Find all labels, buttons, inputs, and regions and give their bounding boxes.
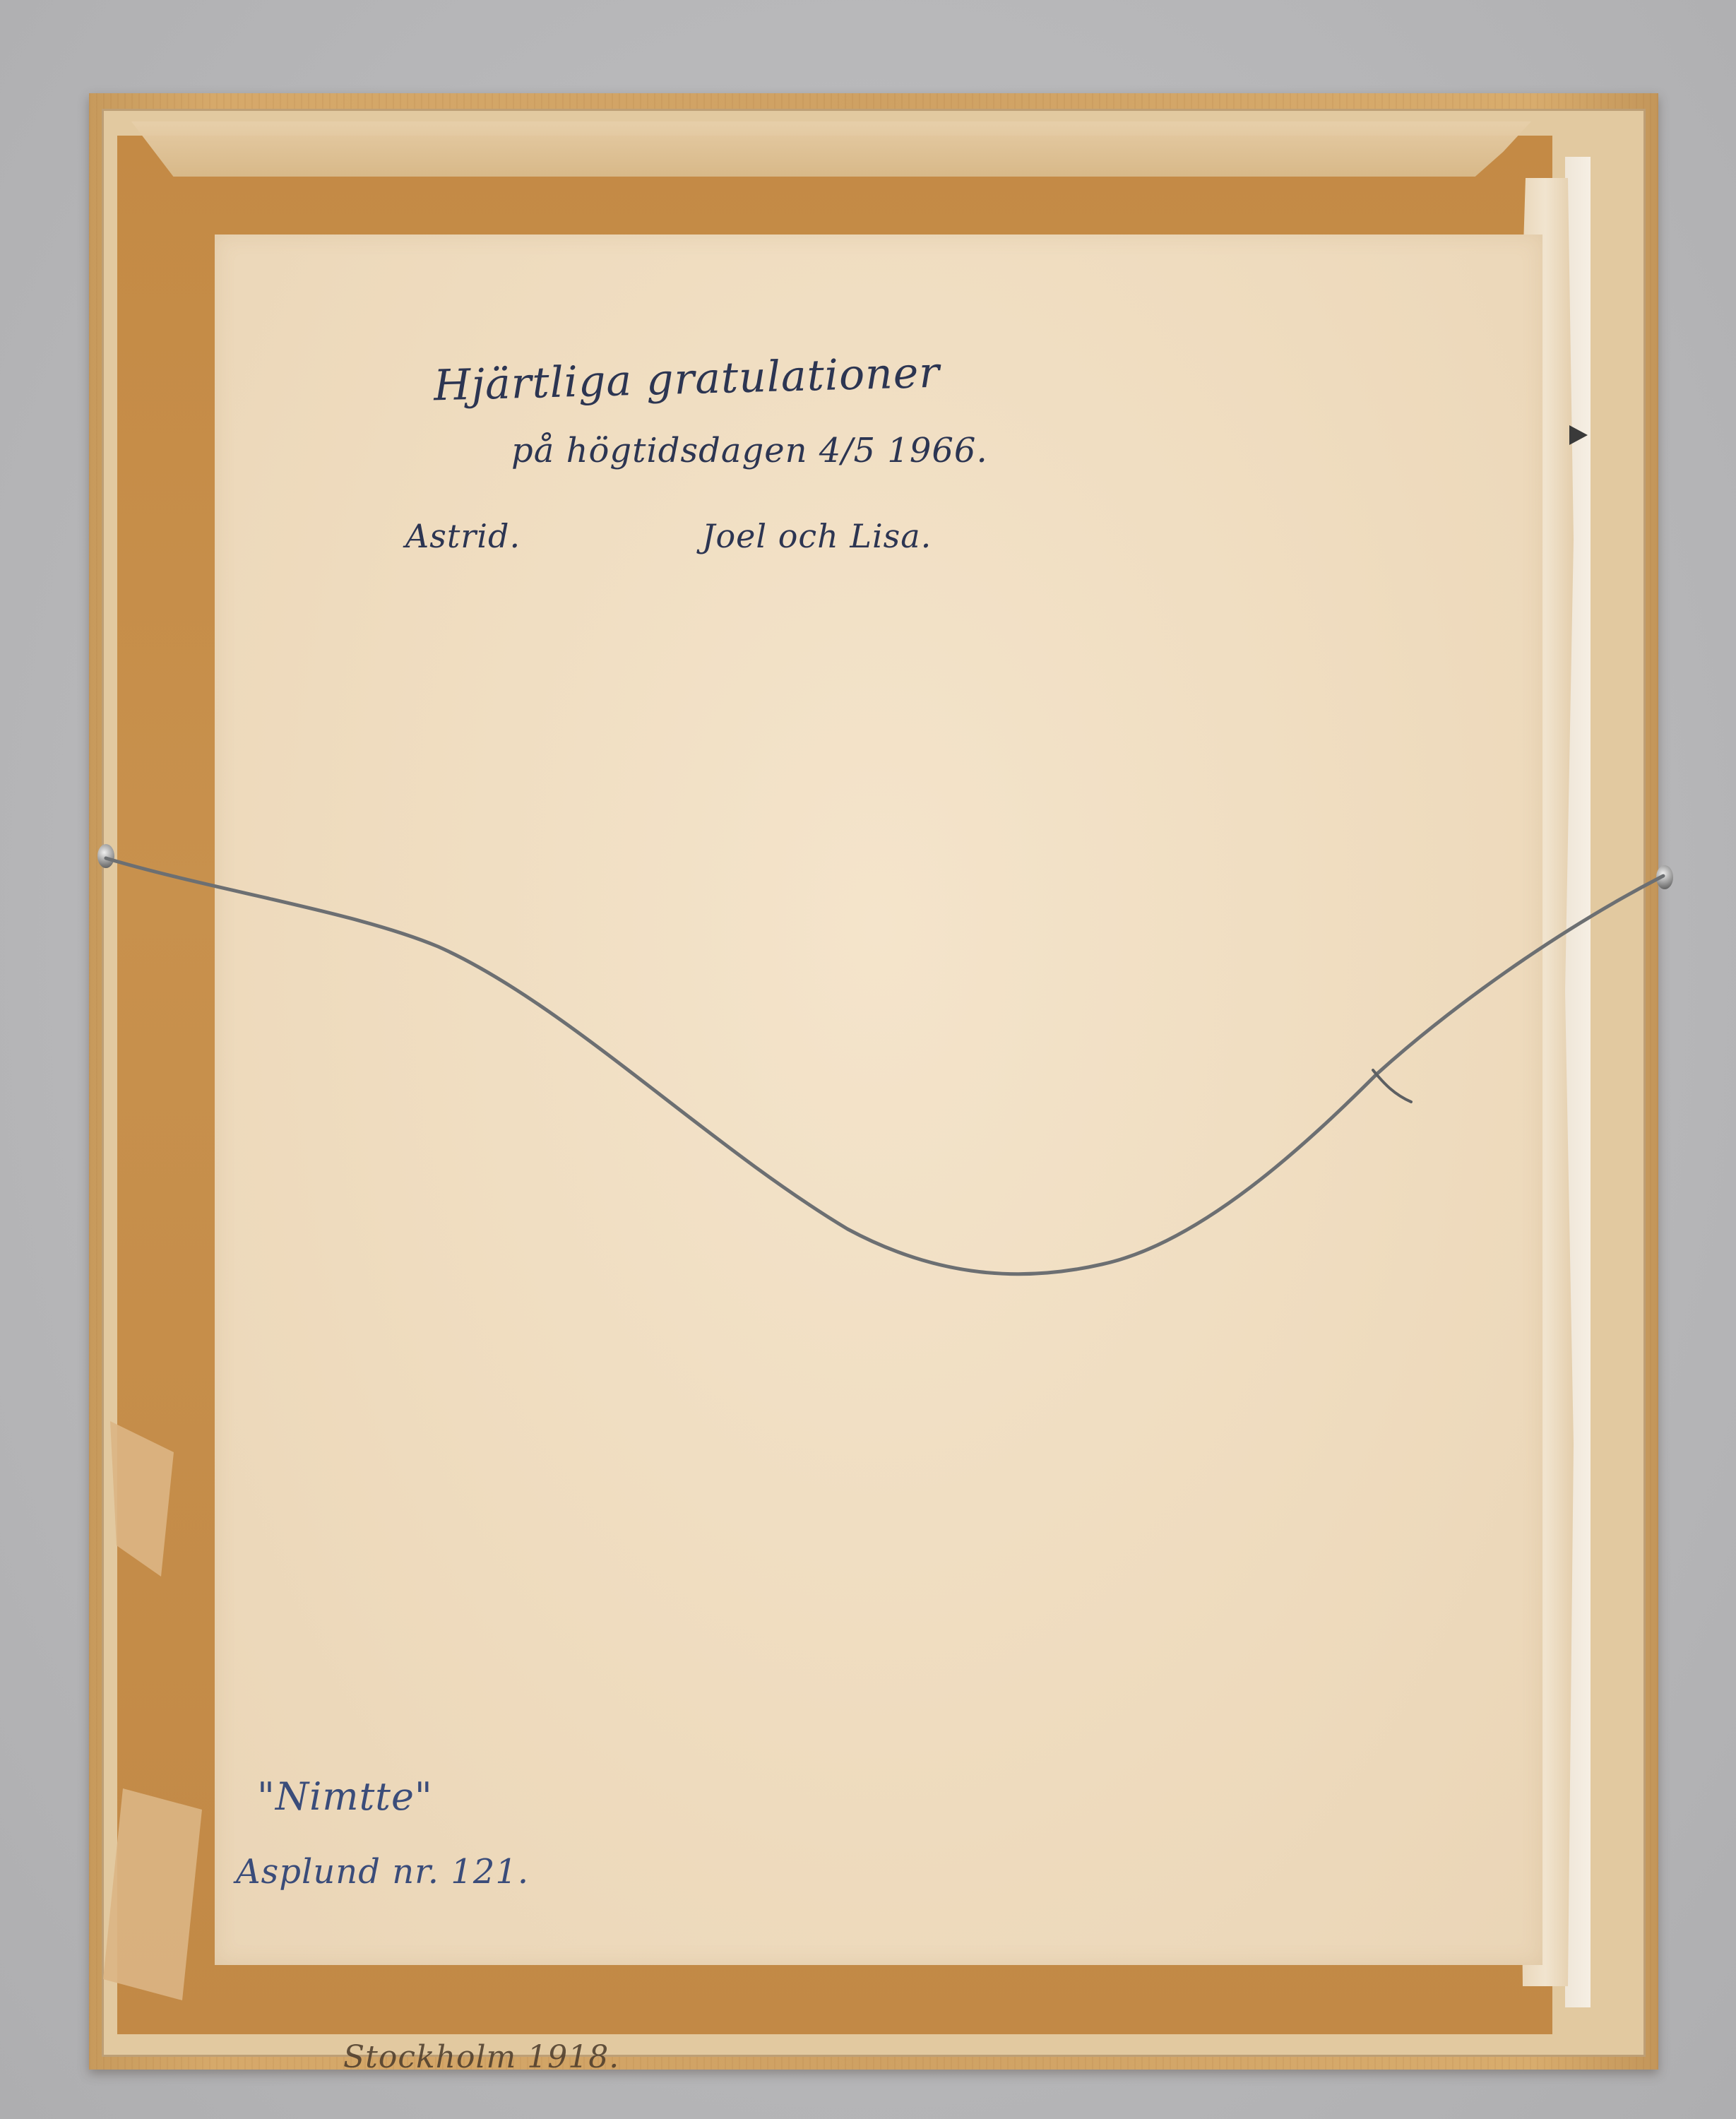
hanging-wire [0, 0, 1736, 2119]
